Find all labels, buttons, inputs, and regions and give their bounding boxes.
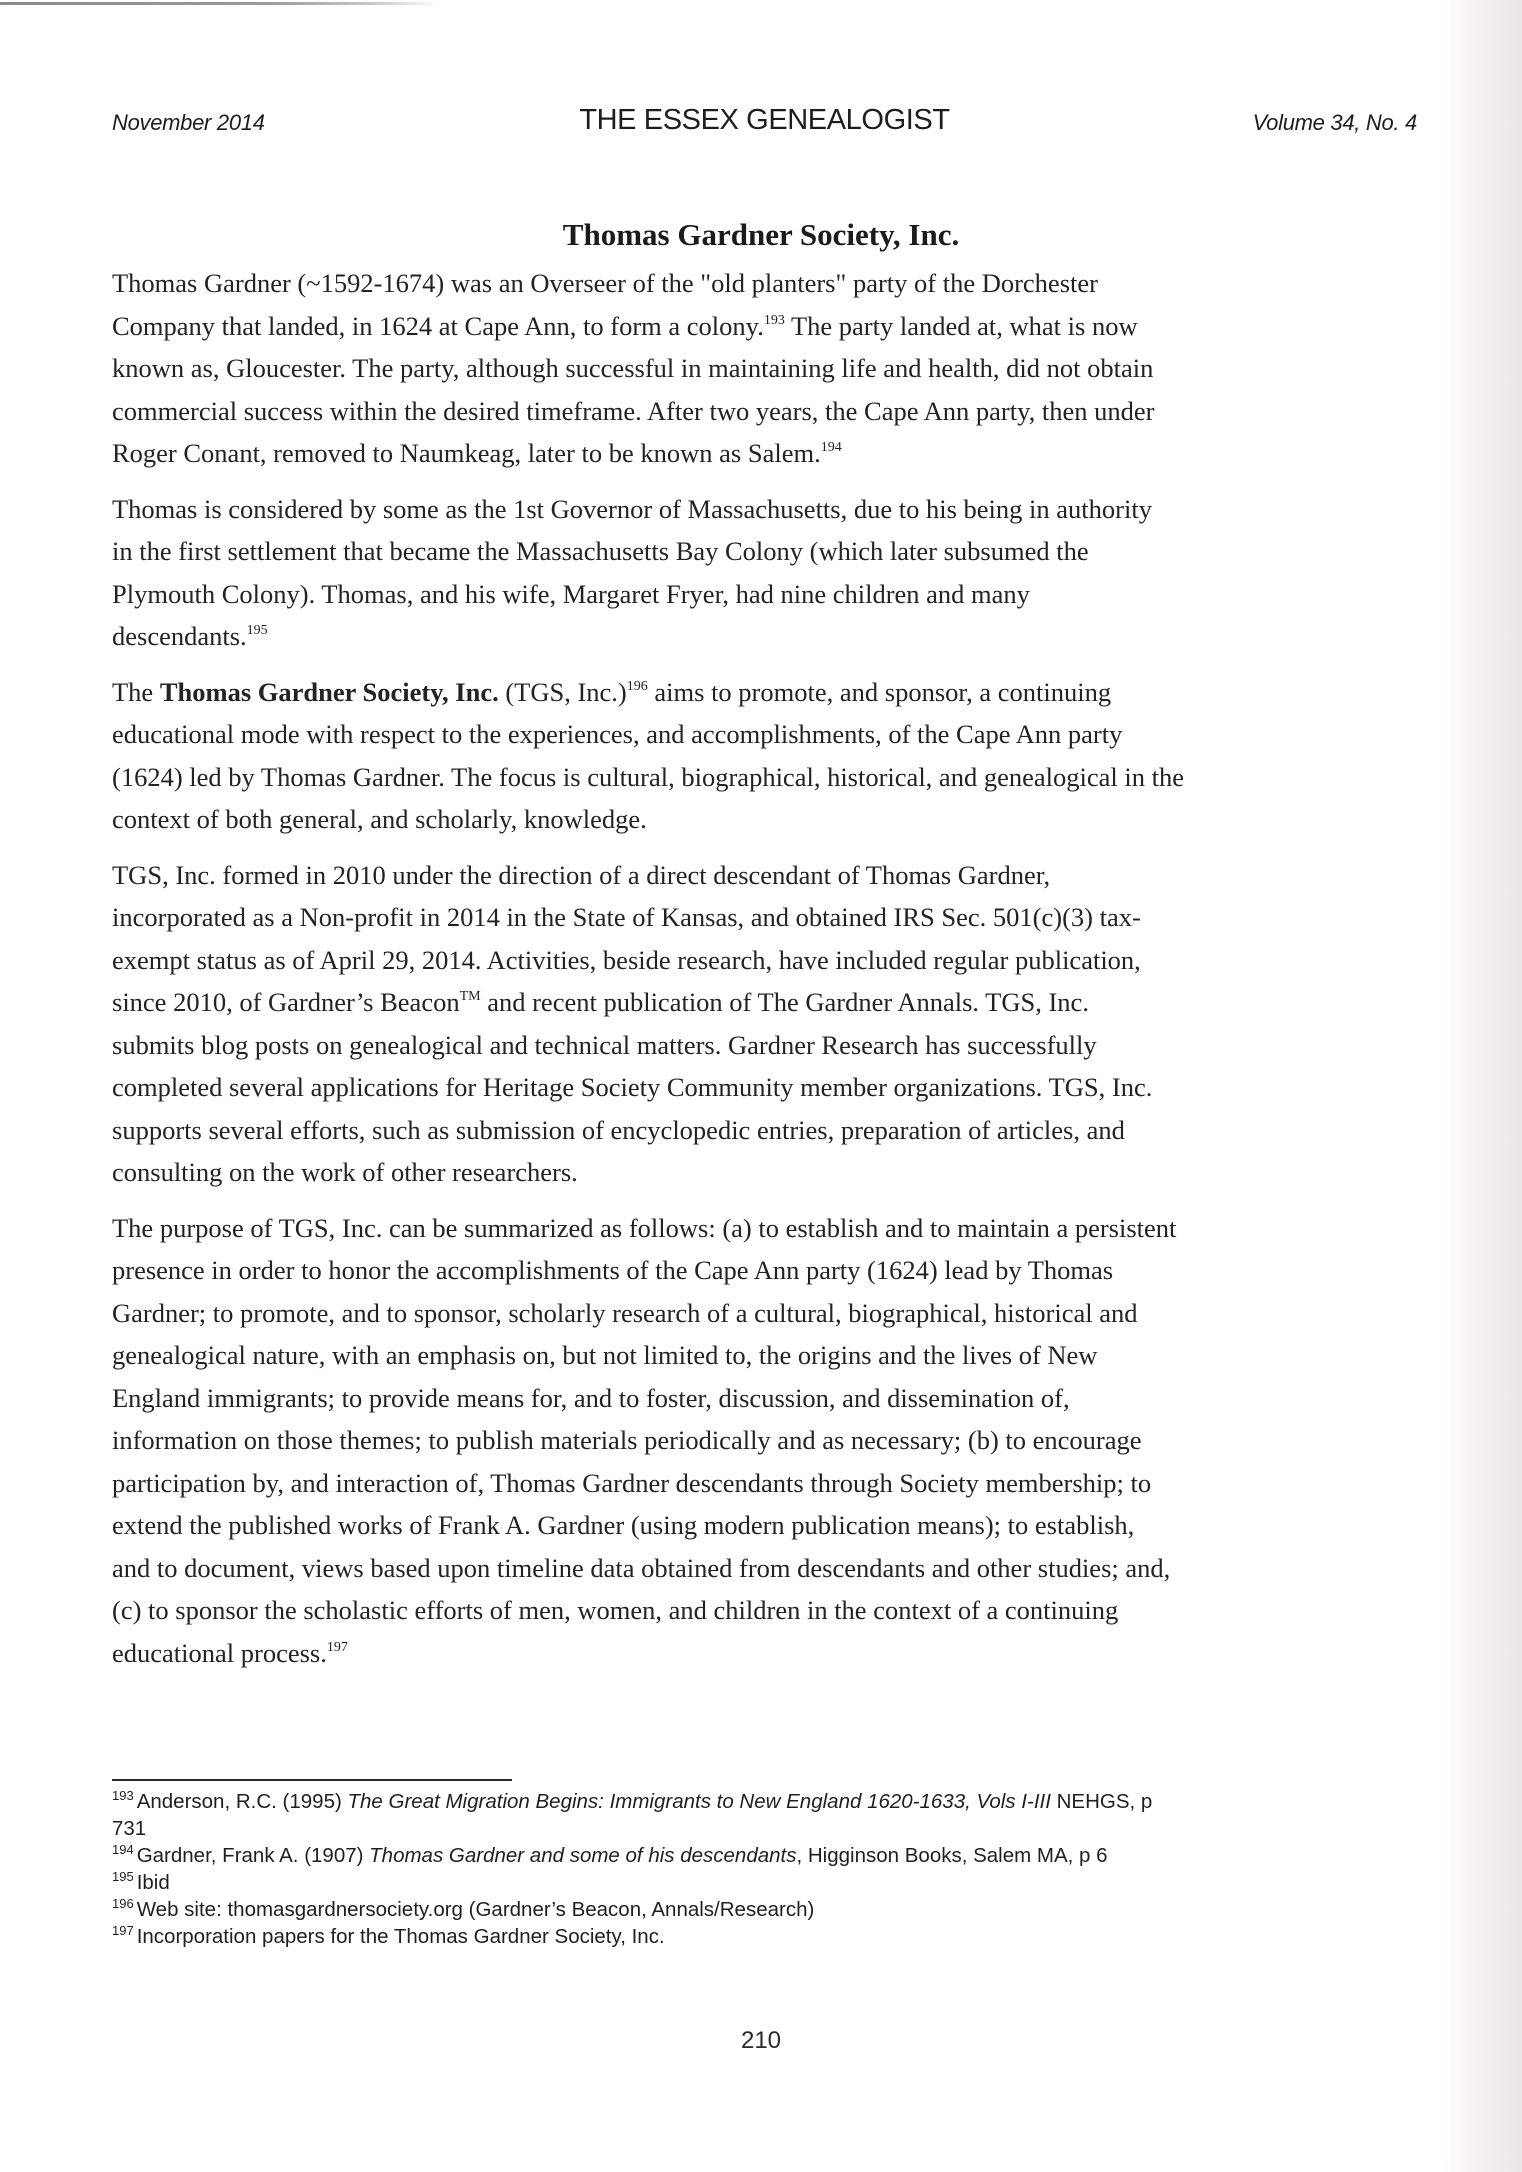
scan-edge-artifact xyxy=(0,2,440,5)
footnote-196: 196Web site: thomasgardnersociety.org (G… xyxy=(112,1896,1412,1923)
journal-title: THE ESSEX GENEALOGIST xyxy=(112,104,1417,137)
footnote-195: 195Ibid xyxy=(112,1869,1412,1896)
footnote-197: 197Incorporation papers for the Thomas G… xyxy=(112,1923,1412,1950)
footnote-line: 195Ibid xyxy=(112,1869,1412,1896)
italic-title: Thomas Gardner and some of his descendan… xyxy=(369,1844,796,1867)
text-line: (c) to sponsor the scholastic efforts of… xyxy=(112,1589,1432,1632)
text-line: since 2010, of Gardner’s BeaconTM and re… xyxy=(112,981,1432,1024)
text-line: The purpose of TGS, Inc. can be summariz… xyxy=(112,1207,1432,1250)
text-line: Thomas is considered by some as the 1st … xyxy=(112,488,1432,531)
footnote-reference: 196 xyxy=(627,679,648,694)
text-line: The Thomas Gardner Society, Inc. (TGS, I… xyxy=(112,671,1432,714)
footnote-number: 197 xyxy=(112,1923,134,1938)
footnote-line: 731 xyxy=(112,1815,1412,1842)
footnote-194: 194Gardner, Frank A. (1907) Thomas Gardn… xyxy=(112,1842,1412,1869)
text-line: England immigrants; to provide means for… xyxy=(112,1377,1432,1420)
text-line: exempt status as of April 29, 2014. Acti… xyxy=(112,939,1432,982)
text-line: Gardner; to promote, and to sponsor, sch… xyxy=(112,1292,1432,1335)
paragraph-history: Thomas Gardner (~1592-1674) was an Overs… xyxy=(112,262,1432,475)
footnote-line: 196Web site: thomasgardnersociety.org (G… xyxy=(112,1896,1412,1923)
text-line: Plymouth Colony). Thomas, and his wife, … xyxy=(112,573,1432,616)
text-line: participation by, and interaction of, Th… xyxy=(112,1462,1432,1505)
paragraph-governor: Thomas is considered by some as the 1st … xyxy=(112,488,1432,658)
footnotes: 193Anderson, R.C. (1995) The Great Migra… xyxy=(112,1788,1412,1950)
footnote-line: 197Incorporation papers for the Thomas G… xyxy=(112,1923,1412,1950)
text-line: TGS, Inc. formed in 2010 under the direc… xyxy=(112,854,1432,897)
footnote-reference: TM xyxy=(460,989,481,1004)
article-body: Thomas Gardner (~1592-1674) was an Overs… xyxy=(112,262,1432,1687)
footnote-reference: 193 xyxy=(764,313,785,328)
text-line: descendants.195 xyxy=(112,615,1432,658)
footnote-reference: 197 xyxy=(327,1640,348,1655)
bold-text: Thomas Gardner Society, Inc. xyxy=(160,677,499,707)
text-line: (1624) led by Thomas Gardner. The focus … xyxy=(112,756,1432,799)
text-line: consulting on the work of other research… xyxy=(112,1151,1432,1194)
footnote-number: 196 xyxy=(112,1896,134,1911)
paragraph-formation: TGS, Inc. formed in 2010 under the direc… xyxy=(112,854,1432,1194)
footnote-number: 195 xyxy=(112,1869,134,1884)
footnote-reference: 194 xyxy=(821,440,842,455)
text-line: incorporated as a Non-profit in 2014 in … xyxy=(112,896,1432,939)
page-edge-shading xyxy=(1442,0,1522,2172)
running-header: November 2014 THE ESSEX GENEALOGIST Volu… xyxy=(112,104,1417,144)
footnote-line: 193Anderson, R.C. (1995) The Great Migra… xyxy=(112,1788,1412,1815)
text-line: information on those themes; to publish … xyxy=(112,1419,1432,1462)
text-line: Roger Conant, removed to Naumkeag, later… xyxy=(112,432,1432,475)
text-line: supports several efforts, such as submis… xyxy=(112,1109,1432,1152)
article-title: Thomas Gardner Society, Inc. xyxy=(0,217,1522,253)
text-line: educational mode with respect to the exp… xyxy=(112,713,1432,756)
footnote-number: 194 xyxy=(112,1842,134,1857)
text-line: presence in order to honor the accomplis… xyxy=(112,1249,1432,1292)
text-line: Company that landed, in 1624 at Cape Ann… xyxy=(112,305,1432,348)
page-number: 210 xyxy=(0,2027,1522,2055)
text-line: commercial success within the desired ti… xyxy=(112,390,1432,433)
text-line: extend the published works of Frank A. G… xyxy=(112,1504,1432,1547)
paragraph-society-aims: The Thomas Gardner Society, Inc. (TGS, I… xyxy=(112,671,1432,841)
footnote-separator xyxy=(112,1779,512,1781)
text-line: context of both general, and scholarly, … xyxy=(112,798,1432,841)
text-line: completed several applications for Herit… xyxy=(112,1066,1432,1109)
paragraph-purpose: The purpose of TGS, Inc. can be summariz… xyxy=(112,1207,1432,1675)
text-line: and to document, views based upon timeli… xyxy=(112,1547,1432,1590)
footnote-193: 193Anderson, R.C. (1995) The Great Migra… xyxy=(112,1788,1412,1842)
text-line: submits blog posts on genealogical and t… xyxy=(112,1024,1432,1067)
volume-number: Volume 34, No. 4 xyxy=(1253,110,1417,136)
footnote-line: 194Gardner, Frank A. (1907) Thomas Gardn… xyxy=(112,1842,1412,1869)
text-line: educational process.197 xyxy=(112,1632,1432,1675)
text-line: Thomas Gardner (~1592-1674) was an Overs… xyxy=(112,262,1432,305)
footnote-reference: 195 xyxy=(247,623,268,638)
text-line: in the first settlement that became the … xyxy=(112,530,1432,573)
text-line: known as, Gloucester. The party, althoug… xyxy=(112,347,1432,390)
footnote-number: 193 xyxy=(112,1788,134,1803)
text-line: genealogical nature, with an emphasis on… xyxy=(112,1334,1432,1377)
italic-title: The Great Migration Begins: Immigrants t… xyxy=(348,1790,1051,1813)
